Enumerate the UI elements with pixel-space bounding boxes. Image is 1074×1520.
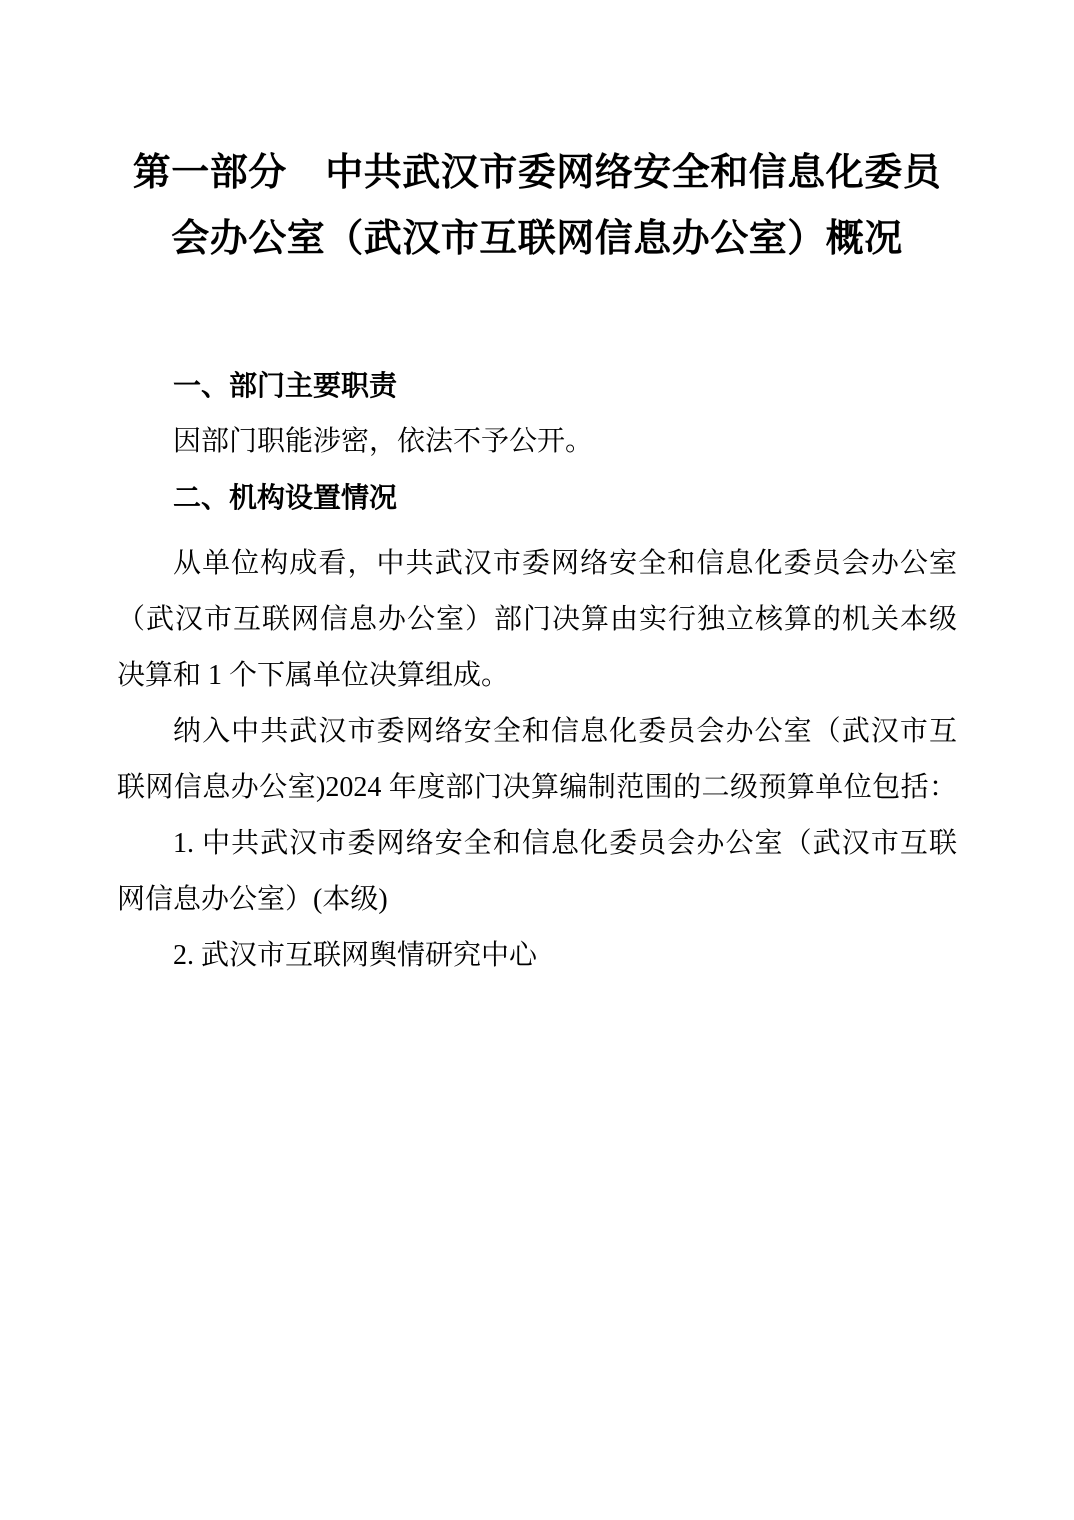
body-line: 从单位构成看，中共武汉市委网络安全和信息化委员会办公室 [117,536,957,592]
document-body: 一、部门主要职责 因部门职能涉密，依法不予公开。 二、机构设置情况 从单位构成看… [117,358,957,984]
body-line: 网信息办公室）(本级) [117,872,957,928]
body-line: （武汉市互联网信息办公室）部门决算由实行独立核算的机关本级 [117,592,957,648]
body-line: 1. 中共武汉市委网络安全和信息化委员会办公室（武汉市互联 [117,816,957,872]
body-line: 因部门职能涉密，依法不予公开。 [117,414,957,470]
document-title: 第一部分 中共武汉市委网络安全和信息化委员 会办公室（武汉市互联网信息办公室）概… [87,140,987,272]
section-heading-1: 一、部门主要职责 [117,358,957,414]
title-line-2: 会办公室（武汉市互联网信息办公室）概况 [87,206,987,272]
body-line: 决算和 1 个下属单位决算组成。 [117,648,957,704]
body-line: 纳入中共武汉市委网络安全和信息化委员会办公室（武汉市互 [117,704,957,760]
body-line: 联网信息办公室)2024 年度部门决算编制范围的二级预算单位包括： [117,760,957,816]
body-line: 2. 武汉市互联网舆情研究中心 [117,928,957,984]
section-heading-2: 二、机构设置情况 [117,470,957,526]
document-page: 第一部分 中共武汉市委网络安全和信息化委员 会办公室（武汉市互联网信息办公室）概… [0,0,1074,1520]
title-line-1: 第一部分 中共武汉市委网络安全和信息化委员 [87,140,987,206]
